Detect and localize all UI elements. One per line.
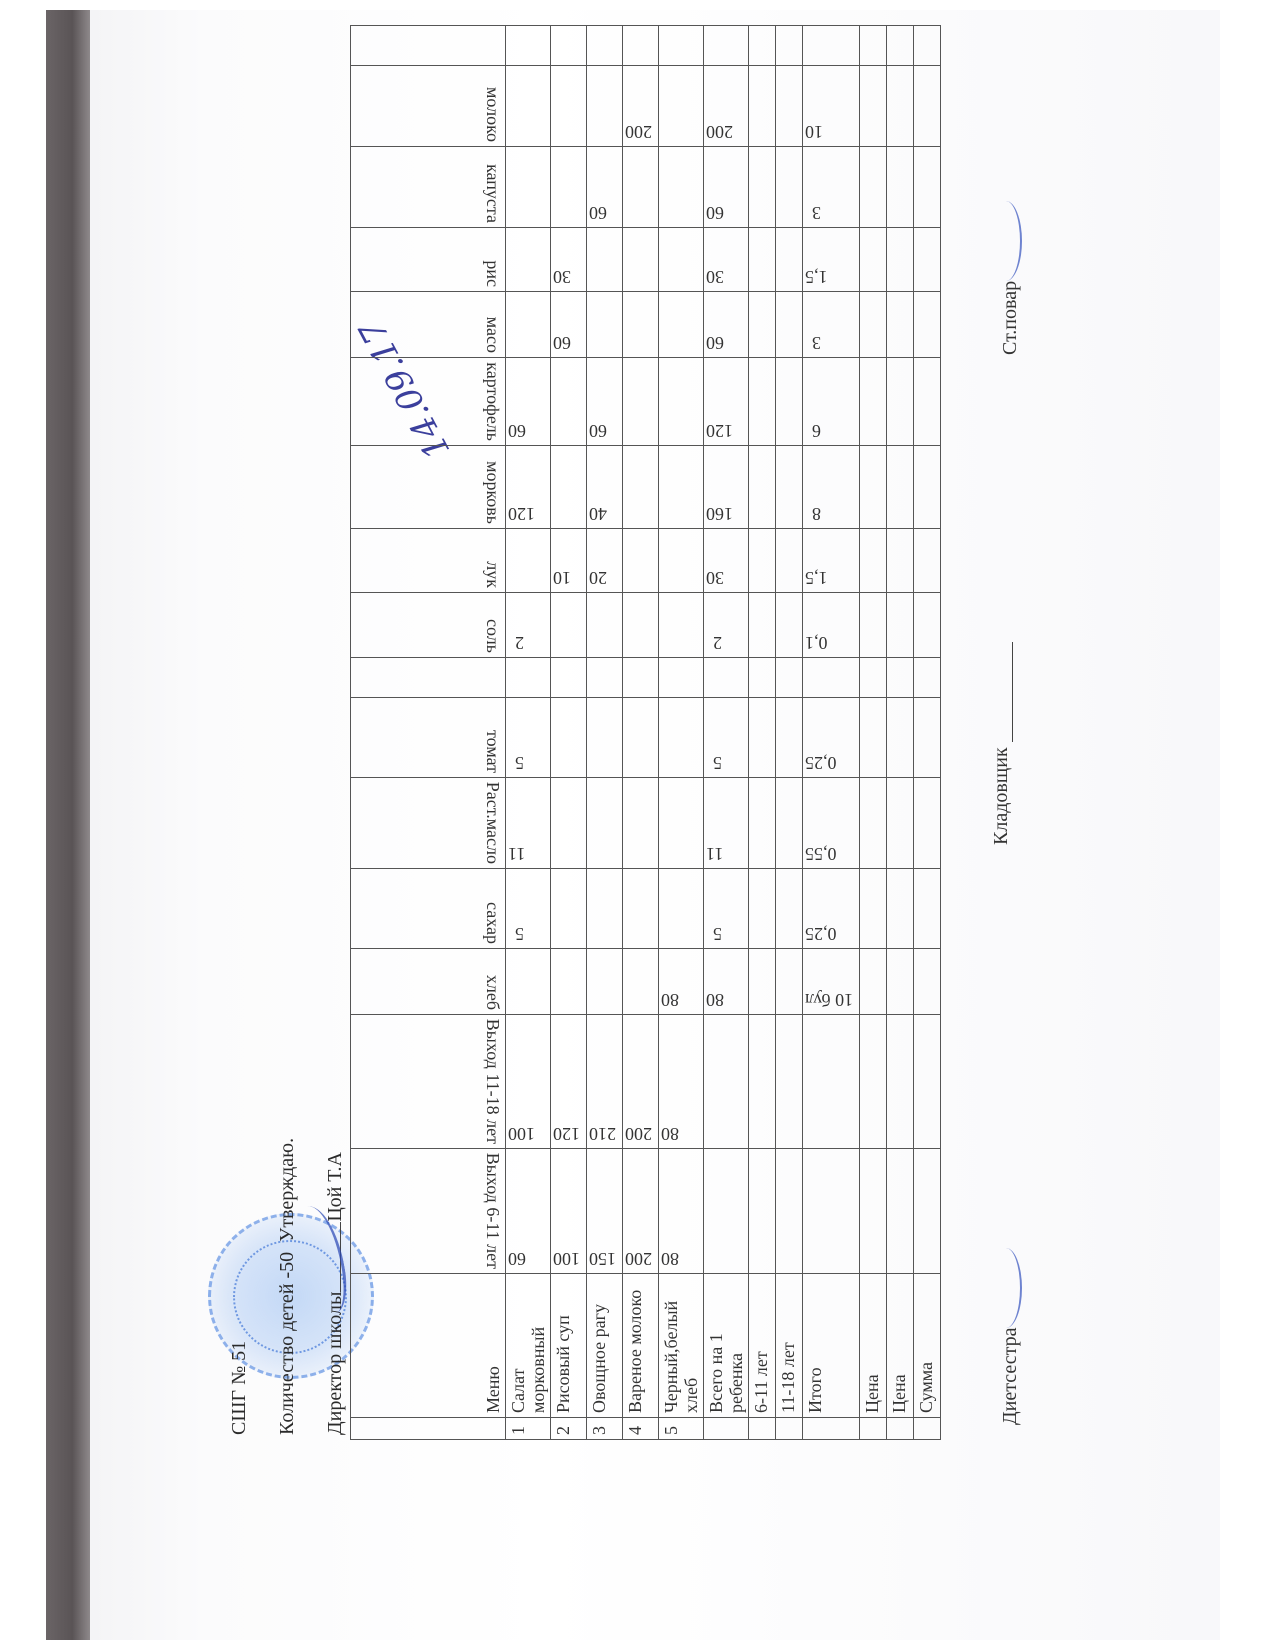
row-number: 3	[587, 1417, 623, 1439]
table-row: Цена	[860, 26, 887, 1440]
table-row: 4Вареное молоко200200200	[623, 26, 659, 1440]
scan-edge	[46, 10, 90, 1640]
table-cell	[914, 292, 941, 358]
column-header: масо	[351, 292, 506, 358]
table-cell: 0,25	[803, 697, 860, 777]
table-cell	[776, 869, 803, 949]
table-cell	[623, 358, 659, 446]
table-cell: 30	[704, 528, 749, 592]
table-cell	[803, 1014, 860, 1148]
table-cell: 10	[551, 528, 587, 592]
row-number	[749, 1417, 776, 1439]
table-cell	[776, 65, 803, 146]
table-cell: 60	[704, 146, 749, 228]
dish-name: 6-11 лет	[749, 1274, 776, 1418]
table-cell	[914, 658, 941, 698]
table-cell	[914, 358, 941, 446]
table-cell	[914, 26, 941, 66]
dietsister-label: Диетсестра	[999, 1328, 1021, 1425]
table-cell: 30	[704, 228, 749, 292]
table-cell	[623, 26, 659, 66]
director-name: Цой Т.А	[324, 1152, 346, 1222]
table-header-row: МенюВыход 6-11 летВыход 11-18 летхлебсах…	[351, 26, 506, 1440]
table-cell: 2	[506, 592, 551, 658]
table-cell	[749, 658, 776, 698]
table-cell	[776, 358, 803, 446]
table-cell	[506, 228, 551, 292]
table-cell	[749, 292, 776, 358]
row-number: 5	[659, 1417, 704, 1439]
table-cell	[551, 65, 587, 146]
table-cell	[623, 777, 659, 868]
dish-name: Всего на 1 ребенка	[704, 1274, 749, 1418]
column-header: хлеб	[351, 949, 506, 1015]
table-cell	[623, 446, 659, 528]
table-cell	[887, 146, 914, 228]
column-header: капуста	[351, 146, 506, 228]
table-row: Итого10 бул0,250,550,250,11,58631,5310	[803, 26, 860, 1440]
table-cell	[659, 292, 704, 358]
table-cell	[623, 528, 659, 592]
table-cell	[860, 528, 887, 592]
table-cell	[749, 358, 776, 446]
row-number	[776, 1417, 803, 1439]
table-cell: 160	[704, 446, 749, 528]
table-cell	[776, 949, 803, 1015]
table-cell	[914, 869, 941, 949]
table-cell	[914, 65, 941, 146]
table-cell	[776, 777, 803, 868]
dish-name: Цена	[887, 1274, 914, 1418]
column-header: соль	[351, 592, 506, 658]
table-cell	[887, 528, 914, 592]
table-cell: 11	[704, 777, 749, 868]
table-cell	[659, 146, 704, 228]
table-cell	[587, 949, 623, 1015]
table-cell	[803, 658, 860, 698]
table-cell	[623, 292, 659, 358]
column-header: Выход 11-18 лет	[351, 1014, 506, 1148]
table-cell	[749, 1014, 776, 1148]
table-cell	[860, 358, 887, 446]
table-row: 5Черный,белый хлеб808080	[659, 26, 704, 1440]
table-cell	[551, 949, 587, 1015]
table-cell	[749, 446, 776, 528]
table-cell	[776, 658, 803, 698]
table-cell: 60	[704, 292, 749, 358]
menu-table: МенюВыход 6-11 летВыход 11-18 летхлебсах…	[350, 25, 941, 1440]
children-count-line: Количество детей -50Утверждаю.	[276, 1138, 299, 1435]
table-cell	[587, 658, 623, 698]
table-row: Всего на 1 ребенка8051152301601206030602…	[704, 26, 749, 1440]
table-cell	[749, 697, 776, 777]
table-cell	[659, 592, 704, 658]
table-row: Сумма	[914, 26, 941, 1440]
table-cell: 80	[659, 949, 704, 1015]
table-cell	[887, 1149, 914, 1274]
table-cell	[803, 26, 860, 66]
table-cell	[860, 777, 887, 868]
table-cell	[887, 228, 914, 292]
table-cell	[623, 228, 659, 292]
table-cell	[887, 697, 914, 777]
table-cell	[914, 949, 941, 1015]
table-cell	[587, 697, 623, 777]
row-number	[704, 1417, 749, 1439]
table-cell	[776, 592, 803, 658]
table-cell: 6	[803, 358, 860, 446]
table-cell	[749, 146, 776, 228]
table-row: 2Рисовый суп100120106030	[551, 26, 587, 1440]
table-cell	[623, 658, 659, 698]
table-cell: 5	[506, 869, 551, 949]
column-header: томат	[351, 697, 506, 777]
table-cell	[887, 592, 914, 658]
table-cell	[860, 65, 887, 146]
row-number	[860, 1417, 887, 1439]
table-cell	[887, 446, 914, 528]
table-cell: 10 бул	[803, 949, 860, 1015]
table-cell	[860, 1014, 887, 1148]
storekeeper-label: Кладовщик	[990, 747, 1012, 845]
table-cell	[659, 869, 704, 949]
storekeeper-sign-line	[996, 642, 1013, 742]
table-cell	[887, 658, 914, 698]
table-cell	[587, 26, 623, 66]
table-cell	[887, 949, 914, 1015]
table-cell	[551, 146, 587, 228]
table-cell: 2	[704, 592, 749, 658]
table-cell	[914, 146, 941, 228]
column-header: морковь	[351, 446, 506, 528]
table-cell	[551, 446, 587, 528]
table-cell	[551, 777, 587, 868]
table-cell: 1,5	[803, 228, 860, 292]
column-header	[351, 658, 506, 698]
row-number: 1	[506, 1417, 551, 1439]
table-cell	[860, 228, 887, 292]
table-cell: 8	[803, 446, 860, 528]
table-cell: 11	[506, 777, 551, 868]
table-cell	[887, 777, 914, 868]
table-cell	[506, 658, 551, 698]
table-cell	[860, 869, 887, 949]
table-cell: 0,55	[803, 777, 860, 868]
table-cell	[776, 697, 803, 777]
table-cell: 3	[803, 146, 860, 228]
table-cell	[749, 949, 776, 1015]
dish-name: Салат морковный	[506, 1274, 551, 1418]
table-cell	[860, 592, 887, 658]
table-cell	[887, 65, 914, 146]
chef-sign-mark	[990, 201, 1022, 281]
column-header: Выход 6-11 лет	[351, 1149, 506, 1274]
table-cell	[587, 292, 623, 358]
table-cell	[887, 358, 914, 446]
chef-signature: Ст.повар	[990, 201, 1022, 355]
table-cell: 60	[587, 358, 623, 446]
table-row: 3Овощное рагу15021020406060	[587, 26, 623, 1440]
table-cell: 200	[623, 65, 659, 146]
table-cell	[551, 358, 587, 446]
table-cell: 0,1	[803, 592, 860, 658]
table-cell	[659, 697, 704, 777]
table-cell: 200	[704, 65, 749, 146]
column-header: сахар	[351, 869, 506, 949]
table-cell	[914, 592, 941, 658]
table-cell	[623, 697, 659, 777]
table-cell	[659, 528, 704, 592]
table-cell: 5	[704, 869, 749, 949]
table-cell	[551, 26, 587, 66]
table-cell	[914, 446, 941, 528]
table-cell	[860, 658, 887, 698]
table-cell: 210	[587, 1014, 623, 1148]
dietsister-signature: Диетсестра	[990, 1248, 1022, 1425]
table-cell	[704, 658, 749, 698]
storekeeper-signature: Кладовщик	[990, 642, 1013, 845]
row-number: 4	[623, 1417, 659, 1439]
table-cell	[587, 869, 623, 949]
table-cell: 120	[551, 1014, 587, 1148]
table-cell	[623, 592, 659, 658]
dish-name: Овощное рагу	[587, 1274, 623, 1418]
table-cell: 3	[803, 292, 860, 358]
table-cell: 120	[704, 358, 749, 446]
row-number	[803, 1417, 860, 1439]
column-header	[351, 1417, 506, 1439]
children-count: Количество детей -50	[276, 1252, 298, 1435]
table-cell	[587, 65, 623, 146]
table-cell	[860, 146, 887, 228]
table-cell	[914, 1149, 941, 1274]
table-cell	[587, 777, 623, 868]
table-cell: 200	[623, 1149, 659, 1274]
table-cell	[749, 65, 776, 146]
table-cell	[704, 1014, 749, 1148]
table-cell	[887, 292, 914, 358]
table-cell: 30	[551, 228, 587, 292]
table-cell	[659, 228, 704, 292]
table-cell	[506, 292, 551, 358]
table-cell: 100	[551, 1149, 587, 1274]
column-header: лук	[351, 528, 506, 592]
table-cell	[659, 26, 704, 66]
table-cell: 60	[587, 146, 623, 228]
table-cell	[587, 228, 623, 292]
table-cell	[704, 1149, 749, 1274]
table-cell	[860, 697, 887, 777]
table-cell	[803, 1149, 860, 1274]
table-cell: 60	[506, 1149, 551, 1274]
table-cell	[914, 777, 941, 868]
table-cell	[551, 869, 587, 949]
dish-name: Цена	[860, 1274, 887, 1418]
table-cell	[914, 528, 941, 592]
column-header	[351, 26, 506, 66]
table-cell	[623, 949, 659, 1015]
table-cell: 80	[704, 949, 749, 1015]
table-cell	[860, 446, 887, 528]
table-cell	[749, 1149, 776, 1274]
dish-name: Сумма	[914, 1274, 941, 1418]
dish-name: Черный,белый хлеб	[659, 1274, 704, 1418]
table-cell	[749, 26, 776, 66]
column-header: рис	[351, 228, 506, 292]
column-header: картофель	[351, 358, 506, 446]
table-cell	[623, 146, 659, 228]
table-cell	[776, 1014, 803, 1148]
table-cell: 100	[506, 1014, 551, 1148]
table-row: Цена	[887, 26, 914, 1440]
table-cell	[914, 697, 941, 777]
column-header: Меню	[351, 1274, 506, 1418]
dish-name: 11-18 лет	[776, 1274, 803, 1418]
table-cell: 20	[587, 528, 623, 592]
table-cell	[776, 26, 803, 66]
table-cell: 150	[587, 1149, 623, 1274]
column-header: молоко	[351, 65, 506, 146]
table-cell	[749, 777, 776, 868]
table-cell: 80	[659, 1014, 704, 1148]
table-cell	[506, 528, 551, 592]
rotated-document: СШГ № 51 Количество детей -50Утверждаю. …	[190, 25, 1070, 1465]
table-cell	[551, 592, 587, 658]
table-cell	[860, 292, 887, 358]
table-cell	[749, 592, 776, 658]
table-cell: 200	[623, 1014, 659, 1148]
table-cell	[551, 658, 587, 698]
school-name: СШГ № 51	[228, 1341, 251, 1435]
table-cell	[860, 1149, 887, 1274]
dish-name: Рисовый суп	[551, 1274, 587, 1418]
table-cell	[506, 26, 551, 66]
table-cell: 10	[803, 65, 860, 146]
table-cell	[506, 949, 551, 1015]
table-cell	[914, 1014, 941, 1148]
table-row: 1Салат морковный601005115212060	[506, 26, 551, 1440]
table-cell	[860, 26, 887, 66]
dish-name: Вареное молоко	[623, 1274, 659, 1418]
table-cell	[776, 228, 803, 292]
table-cell	[749, 228, 776, 292]
row-number	[887, 1417, 914, 1439]
table-cell	[776, 292, 803, 358]
table-row: 11-18 лет	[776, 26, 803, 1440]
table-cell	[551, 697, 587, 777]
chef-label: Ст.повар	[999, 281, 1021, 355]
table-cell	[659, 65, 704, 146]
table-cell	[887, 869, 914, 949]
table-cell	[749, 869, 776, 949]
table-cell	[587, 592, 623, 658]
table-cell: 60	[551, 292, 587, 358]
table-cell: 80	[659, 1149, 704, 1274]
row-number: 2	[551, 1417, 587, 1439]
table-cell	[776, 446, 803, 528]
table-cell	[506, 65, 551, 146]
table-cell: 5	[506, 697, 551, 777]
table-cell	[659, 658, 704, 698]
table-cell: 60	[506, 358, 551, 446]
table-cell	[776, 528, 803, 592]
table-cell	[659, 358, 704, 446]
dietsister-sign-mark	[990, 1248, 1022, 1328]
column-header: Раст.масло	[351, 777, 506, 868]
table-cell	[860, 949, 887, 1015]
row-number	[914, 1417, 941, 1439]
dish-name: Итого	[803, 1274, 860, 1418]
table-cell	[776, 1149, 803, 1274]
table-cell	[887, 26, 914, 66]
table-cell	[659, 777, 704, 868]
table-cell: 0,25	[803, 869, 860, 949]
table-cell: 5	[704, 697, 749, 777]
table-row: 6-11 лет	[749, 26, 776, 1440]
table-cell: 40	[587, 446, 623, 528]
table-cell	[704, 26, 749, 66]
table-cell	[659, 446, 704, 528]
table-cell: 1,5	[803, 528, 860, 592]
table-cell	[506, 146, 551, 228]
table-cell	[623, 869, 659, 949]
table-cell	[887, 1014, 914, 1148]
table-cell: 120	[506, 446, 551, 528]
table-cell	[749, 528, 776, 592]
table-cell	[914, 228, 941, 292]
table-cell	[776, 146, 803, 228]
